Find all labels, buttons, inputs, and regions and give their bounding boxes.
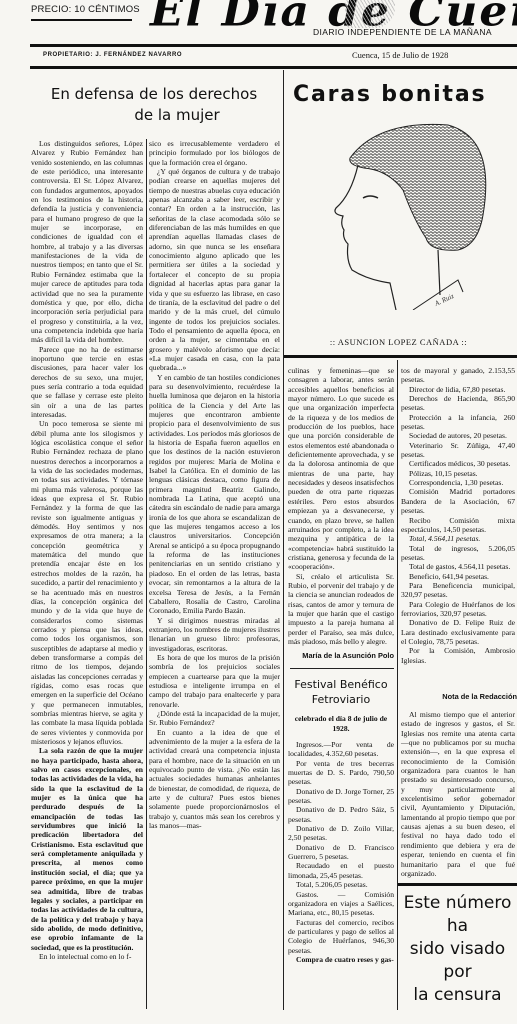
censor-notice: Este número ha sido visado por la censur…	[398, 892, 517, 1007]
paragraph: sico es irrecusablemente verdadero el pr…	[149, 139, 280, 167]
section-rule	[284, 355, 517, 358]
account-line: Total, 4.564,11 pesetas.	[401, 534, 515, 543]
paragraph: Es hora de que los muros de la prisión s…	[149, 653, 280, 709]
column-divider	[283, 70, 284, 1010]
article-column-3: culinas y femeninas—que se consagren a l…	[288, 366, 394, 646]
account-line: Total de ingresos, 5.206,05 pesetas.	[401, 544, 515, 563]
account-line: Comisión Madrid portadores Bandera de la…	[401, 487, 515, 515]
price-label: PRECIO: 10 CÉNTIMOS	[31, 4, 140, 15]
account-line: Recaudado en el puesto limonada, 25,45 p…	[288, 861, 394, 880]
account-line: tos de mayoral y ganado, 2.153,55 peseta…	[401, 366, 515, 385]
festival-subtitle: celebrado el día 8 de julio de 1928.	[286, 714, 396, 734]
owner-line: PROPIETARIO: J. FERNÁNDEZ NAVARRO	[43, 52, 182, 58]
account-line: Recibo Comisión mixta espectáculos, 14,5…	[401, 516, 515, 535]
account-line: Compra de cuatro reses y gas-	[288, 955, 394, 964]
account-line: Donativo de D. Felipe Ruiz de Lara desti…	[401, 618, 515, 646]
account-line: Pólizas, 10,15 pesetas.	[401, 469, 515, 478]
account-line: Certificados médicos, 30 pesetas.	[401, 459, 515, 468]
portrait-caption: :: ASUNCION LOPEZ CAÑADA ::	[280, 337, 517, 347]
account-line: Para Beneficencia municipal, 320,97 pese…	[401, 581, 515, 600]
paragraph: En lo intelectual como en lo f-	[31, 952, 143, 961]
author-signature: María de la Asunción Polo	[290, 651, 394, 660]
account-line: Para Colegio de Huérfanos de los ferrovi…	[401, 600, 515, 619]
account-line: Total de gastos, 4.564,11 pesetas.	[401, 562, 515, 571]
account-line: Veterinario Sr. Zúñiga, 47,40 pesetas.	[401, 441, 515, 460]
paragraph: Los distinguidos señores, López Alvarez …	[31, 139, 143, 345]
paragraph: En cuanto a la idea de que el advenimien…	[149, 728, 280, 831]
censor-line-3: la censura	[398, 984, 517, 1007]
paragraph: Un poco temerosa se siente mi débil plum…	[31, 419, 143, 746]
masthead: PRECIO: 10 CÉNTIMOS El Día de Cuenca DIA…	[0, 0, 517, 70]
paragraph: Y en cambio de tan hostiles condiciones …	[149, 373, 280, 616]
price-underline	[31, 19, 132, 21]
account-line: Donativo de D. Jorge Torner, 25 pesetas.	[288, 787, 394, 806]
account-line: Donativo de D. Zoilo Villar, 2,50 peseta…	[288, 824, 394, 843]
account-line: Director de lidia, 67,80 pesetas.	[401, 385, 515, 394]
paragraph: La sola razón de que la mujer no haya pa…	[31, 746, 143, 952]
censor-line-2: sido visado por	[398, 938, 517, 984]
account-line: Facturas del comercio, recibos de partic…	[288, 918, 394, 955]
headline-line-2: de la mujer	[34, 105, 274, 126]
account-line: Total, 5.206,05 pesetas.	[288, 880, 394, 889]
masthead-rule-top	[30, 44, 517, 47]
paragraph: Al mismo tiempo que el anterior estado d…	[401, 710, 515, 878]
feature-headline: Caras bonitas	[293, 82, 486, 107]
account-line: Donativo de D. Francisco Guerrero, 5 pes…	[288, 843, 394, 862]
censor-line-1: Este número ha	[398, 892, 517, 938]
account-line: Beneficio, 641,94 pesetas.	[401, 572, 515, 581]
article-column-2: sico es irrecusablemente verdadero el pr…	[149, 139, 280, 1009]
headline-line-1: En defensa de los derechos	[34, 84, 274, 105]
article-headline: En defensa de los derechos de la mujer	[34, 84, 274, 126]
festival-headline: Festival Benéfico Fetroviario	[286, 677, 396, 707]
editor-note-body: Al mismo tiempo que el anterior estado d…	[401, 710, 515, 880]
paragraph: Y si dirigimos nuestras miradas al extra…	[149, 616, 280, 653]
paragraph: ¿Dónde está la incapacidad de la mujer, …	[149, 709, 280, 728]
account-line: Donativo de D. Pedro Sáiz, 5 pesetas.	[288, 805, 394, 824]
paragraph: Parece que no ha de estimarse inoportuno…	[31, 345, 143, 420]
newspaper-subtitle: DIARIO INDEPENDIENTE DE LA MAÑANA	[313, 27, 492, 37]
account-line: Gastos. — Comisión organizadora en viaje…	[288, 890, 394, 918]
paragraph: culinas y femeninas—que se consagren a l…	[288, 366, 394, 572]
column-divider	[146, 139, 147, 1009]
festival-accounts-column-a: Ingresos.—Por venta de localidades, 4.35…	[288, 740, 394, 1010]
censor-rule	[398, 883, 517, 886]
account-line: Ingresos.—Por venta de localidades, 4.35…	[288, 740, 394, 759]
paragraph: ¿Y qué órganos de cultura y de trabajo p…	[149, 167, 280, 373]
article-column-1: Los distinguidos señores, López Alvarez …	[31, 139, 143, 1009]
dateline: Cuenca, 15 de Julio de 1928	[352, 50, 448, 60]
article-divider	[290, 668, 394, 669]
paragraph: Sí, créalo el articulista Sr. Rubio, el …	[288, 572, 394, 647]
festival-accounts-column-b: tos de mayoral y ganado, 2.153,55 peseta…	[401, 366, 515, 686]
account-line: Correspondencia, 1,30 pesetas.	[401, 478, 515, 487]
editor-note-heading: Nota de la Redacción	[398, 692, 517, 701]
account-line: Por venta de tres becerras muertas de D.…	[288, 759, 394, 787]
account-line: Protección a la infancia, 260 pesetas.	[401, 413, 515, 432]
account-line: Por la Comisión, Ambrosio Iglesias.	[401, 646, 515, 665]
masthead-rule-bottom	[30, 66, 517, 69]
account-line: Derechos de Hacienda, 865,90 pesetas.	[401, 394, 515, 413]
account-line: Sociedad de autores, 20 pesetas.	[401, 431, 515, 440]
portrait-illustration: A. Ruiz	[318, 120, 488, 310]
